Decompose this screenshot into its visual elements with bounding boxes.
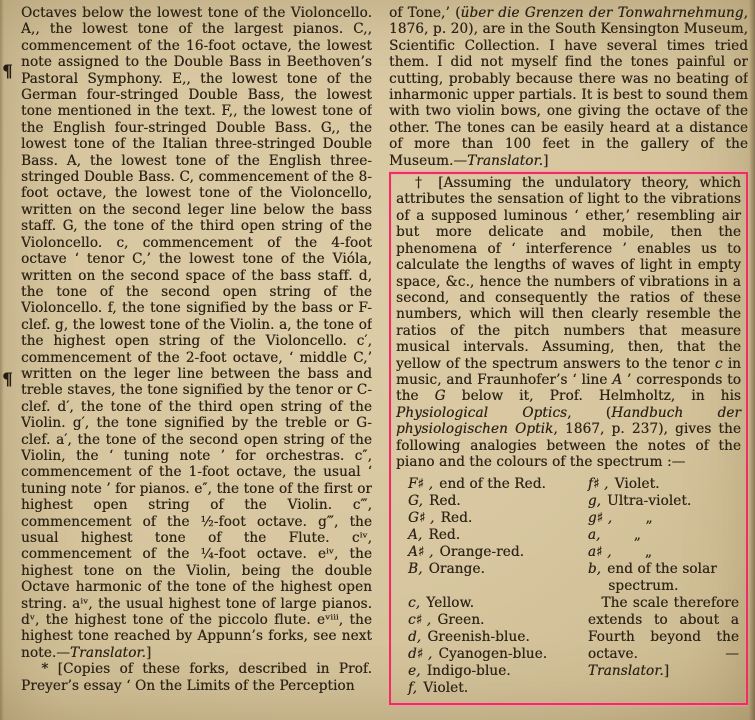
note-name: e, [408,663,421,679]
scale-remark-text: The scale therefore extends to about a F… [588,595,741,680]
note-colour: end of the Red. [439,476,546,492]
note-name: A, [408,527,422,543]
note-colour: Cyanogen-blue. [438,646,547,662]
highlight-annotation-box: † [Assuming the undulatory theory, which… [389,172,748,705]
helmholtz-footnote-text: † [Assuming the undulatory theory, which… [396,175,741,470]
table-row: G♯ ,Red. [408,510,588,527]
note-name: f, [408,680,417,696]
note-colour: Greenish-blue. [427,629,529,645]
table-row: A♯ ,Orange-red. [408,544,588,561]
table-row: d,Greenish-blue. [408,629,588,646]
note-name: F♯ , [408,476,433,492]
note-colour: Ultra-violet. [607,493,691,509]
table-row: g♯ ,„ [588,510,741,527]
table-column-right: f♯ ,Violet. g,Ultra-violet. g♯ ,„ a,„ a♯… [588,476,741,697]
left-text-column: Octaves below the lowest tone of the Vio… [21,5,372,720]
note-name: c♯ , [408,612,431,628]
scanned-book-page: ¶ ¶ Octaves below the lowest tone of the… [0,0,755,720]
note-name: a♯ , [588,544,612,560]
table-row: G,Red. [408,493,588,510]
note-colour: Yellow. [426,595,474,611]
table-row: a,„ [588,527,741,544]
note-name: c, [408,595,420,611]
note-name: a, [588,527,601,543]
tone-footnote-text: of Tone,’ (über die Grenzen der Tonwahrn… [389,5,748,169]
table-row: c,Yellow. [408,595,588,612]
note-colour: Violet. [615,476,660,492]
note-colour: Indigo-blue. [427,663,511,679]
margin-pilcrow-icon: ¶ [2,62,13,82]
table-row: F♯ ,end of the Red. [408,476,588,493]
note-colour: Red. [428,527,460,543]
note-name: f♯ , [588,476,609,492]
note-colour: Green. [437,612,484,628]
table-row: f,Violet. [408,680,588,697]
note-name: G♯ , [408,510,434,526]
note-name: G, [408,493,423,509]
margin-pilcrow-icon: ¶ [2,370,13,390]
ditto-mark: „ [634,527,641,543]
table-row: c♯ ,Green. [408,612,588,629]
table-row: d♯ ,Cyanogen-blue. [408,646,588,663]
table-row: f♯ ,Violet. [588,476,741,493]
right-text-column: of Tone,’ (über die Grenzen der Tonwahrn… [389,5,748,720]
note-colour: Orange-red. [440,544,525,560]
note-colour: Orange. [429,561,485,577]
table-row: B,Orange. [408,561,588,578]
ditto-mark: „ [645,544,652,560]
table-row: e,Indigo-blue. [408,663,588,680]
note-name: g, [588,493,601,509]
note-colour: Red. [441,510,473,526]
table-row: a♯ ,„ [588,544,741,561]
note-colour: Red. [429,493,461,509]
note-name: b, [588,561,601,577]
table-row: b,end of the solar spectrum. [588,561,741,595]
note-name: A♯ , [408,544,433,560]
note-name: B, [408,561,423,577]
note-name: d, [408,629,421,645]
note-colour-table: F♯ ,end of the Red. G,Red. G♯ ,Red. A,Re… [396,476,741,697]
table-row: A,Red. [408,527,588,544]
copies-footnote-text: * [Copies of these forks, described in P… [21,661,372,694]
table-column-left: F♯ ,end of the Red. G,Red. G♯ ,Red. A,Re… [408,476,588,697]
note-name: d♯ , [408,646,432,662]
note-name: g♯ , [588,510,612,526]
ditto-mark: „ [645,510,652,526]
note-colour: Violet. [423,680,468,696]
table-row: g,Ultra-violet. [588,493,741,510]
note-colour: end of the solar spectrum. [607,561,717,594]
footnote-continuation-text: Octaves below the lowest tone of the Vio… [21,5,372,661]
